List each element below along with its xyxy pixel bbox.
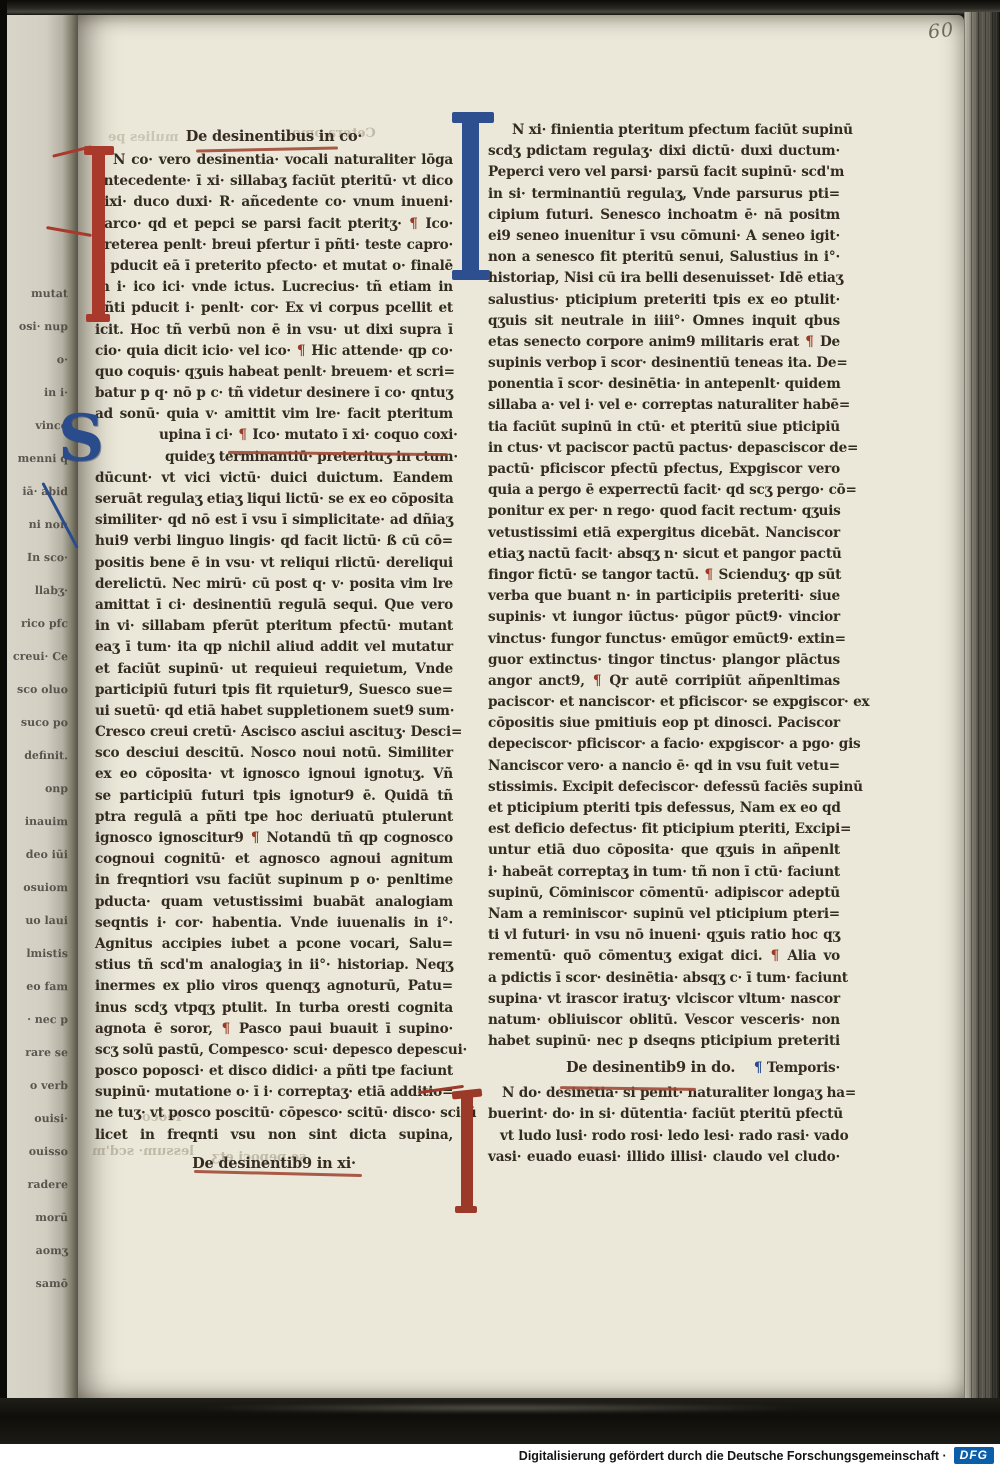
text-line: batur p q· nō p c· tñ videtur desinere ī… [95,383,453,404]
text-line: cōpositis siue pmitiuis eop pt dinosci. … [488,713,840,734]
scan-frame-top [0,0,1000,15]
text-line: morū [7,1201,78,1235]
text-line: posco poposci· et disco didici· a pñti t… [95,1061,453,1082]
text-line: stius tñ scd'm analogiaʒ in ii°· histori… [95,955,453,976]
text-line: iā· abid [7,475,78,509]
book-fore-edge [964,12,1000,1402]
text-line: N xi· finientia pteritum pfectum faciūt … [488,120,840,141]
text-line: inermes ex plio viros quenqʒ agnoturū, P… [95,976,453,997]
text-line: ti vl futuri· in vsu nō inueni· qʒuis ra… [488,925,840,946]
book-edge-sheen [180,1404,820,1412]
text-line: o· [7,343,78,377]
text-line: guor extinctus· tingor tinctus· plangor … [488,650,840,671]
text-line: vasi· euado euasi· illido illisi· claudo… [488,1147,840,1168]
pilcrow-icon: ¶ [754,1060,762,1076]
text-line: deo iūi [7,838,78,872]
text-line: supinis verbop ī scor· desinentiū teneas… [488,353,840,374]
text-line: vetustissimi etiā expergitus dicebāt. Na… [488,523,840,544]
text-line: dixi· duco duxi· R· añcedente co· vnum i… [95,192,453,213]
text-line: ignosco ignoscitur9 ¶ Notandū tñ qp cogn… [95,828,453,849]
text-line: scʒ solū pastū, Compesco· scui· depesco … [95,1040,453,1061]
text-line: untur etiā duo cōposita· que qʒuis in añ… [488,840,840,861]
text-line: seruāt regulaʒ etiaʒ liqui lictū· se ex … [95,489,453,510]
text-line: ni non [7,508,78,542]
dfg-logo: DFG [954,1447,994,1464]
text-line: i· habeāt correptaʒ in tum· tñ non ī ctū… [488,862,840,883]
text-line: agnota ē soror, ¶ Pasco paui buauit ī su… [95,1019,453,1040]
text-line: historiap, Nisi cū ira belli desenuisset… [488,268,840,289]
text-line: in freqntiori vsu faciūt supinum p o· pe… [95,870,453,891]
left-text-column: De desinentibus in co· N co· vero desine… [95,126,453,1175]
text-line: positis bene ē in vsu· vt reliqui rlictū… [95,553,453,574]
text-line: upina ī ci· ¶ Ico· mutato ī xi· coquo co… [95,425,453,446]
text-line: ne tuʒ· vt posco poscitū· cōpesco· scitū… [95,1103,453,1124]
text-line: quideʒ terminantiū· preterituʒ in ctum· [95,447,453,468]
scan-frame-bottom [0,1398,1000,1444]
text-line: salustius· pticipium preteriti tpis ex e… [488,290,840,311]
credit-text: Digitalisierung gefördert durch die Deut… [519,1449,947,1463]
text-line: vt ludo lusi· rodo rosi· ledo lesi· rado… [488,1126,840,1147]
text-line: et pticipium pteriti tpis defessus, Nam … [488,798,840,819]
text-line: vinctus· fungor functus· emūgor emūct9· … [488,629,840,650]
text-line: In sco· [7,541,78,575]
text-line: scdʒ pdictam regulaʒ· dixi dictū· duxi d… [488,141,840,162]
text-line: in ctus· vt paciscor pactū pactus· depas… [488,438,840,459]
text-line: Cresco creui cretū· Ascisco asciui ascit… [95,722,453,743]
text-line: est deficio defectus· fit pticipium pter… [488,819,840,840]
text-line: a pdictis ī scor· desinētia· absqʒ c· ī … [488,968,840,989]
previous-page-edge: mutatosi· nupo·in i·vincomenni qiā· abid… [7,15,78,1421]
text-line: rico pfc [7,607,78,641]
section-trailing-word: Temporis· [767,1060,840,1076]
text-line: buerint· do· in si· dūtentia· faciūt pte… [488,1104,840,1125]
text-line: licet in freqnti vsu non sint dicta supi… [95,1125,453,1146]
text-line: lmistis [7,937,78,971]
text-line: se participiū futuri tpis ignotur9 ē. Qu… [95,786,453,807]
text-line: mutat [7,277,78,311]
text-line: parco· qd et pepci se parsi facit pterit… [95,214,453,235]
text-line: supinis· vt iungor iūctus· pūgor pūct9· … [488,607,840,628]
text-line: etiaʒ nactū facit· absqʒ n· sicut et pan… [488,544,840,565]
text-line: derelictū. Nec mirū· cū post q· v· posit… [95,574,453,595]
text-line: rare se [7,1036,78,1070]
text-line: ex eo cōposita· vt ignosco ignoui ignotu… [95,764,453,785]
text-line: ouisi· [7,1102,78,1136]
text-line: antecedente· ī xi· sillabaʒ faciūt pteri… [95,171,453,192]
text-line: inus scdʒ vtpqʒ ptulit. In turba oresti … [95,998,453,1019]
text-line: sillaba a· vel i· vel e· correptas natur… [488,395,840,416]
text-line: preterea penlt· breui pfertur ī pñti· te… [95,235,453,256]
text-line: in si· terminantiū regulaʒ, Vnde parsuru… [488,184,840,205]
text-line: supina· vt irascor iratuʒ· vlciscor vltu… [488,989,840,1010]
text-line: in i· ico ici· vnde ictus. Lucrecius· tñ… [95,277,453,298]
text-line: Nam a reminiscor· supinū vel pticipium p… [488,904,840,925]
text-line: eaʒ ī tum· ita qp nichil aliud addit vel… [95,637,453,658]
initial-letter-S-blue: S [58,404,104,474]
folio-number: 60 [927,19,955,44]
text-line: radere [7,1168,78,1202]
text-line: sco desciui descitū. Nosco noui notū. Si… [95,743,453,764]
text-line: osi· nup [7,310,78,344]
text-line: N co· vero desinentia· vocali naturalite… [95,150,453,171]
text-line: definit. [7,739,78,773]
text-line: pactū· pficiscor pfectū pfectus, Expgisc… [488,459,840,480]
text-line: creui· Ce [7,640,78,674]
text-line: etas senecto corpore anim9 militaris era… [488,332,840,353]
text-line: aomʒ [7,1234,78,1268]
text-line: et faciūt supinū· ut requieui requietum,… [95,659,453,680]
text-line: similiter· qd nō est ī vsu ī simplicitat… [95,510,453,531]
section-header-row: De desinentib9 in do. ¶ Temporis· [488,1057,840,1079]
right-text-column: N xi· finientia pteritum pfectum faciūt … [488,120,840,1168]
text-line: osuiom [7,871,78,905]
text-line: llabʒ· [7,574,78,608]
text-line: paciscor· et nanciscor· et pficiscor· se… [488,692,840,713]
text-line: rementū· quō cōmentuʒ exigat dici. ¶ Ali… [488,946,840,967]
text-line: Peperci vero vel parsi· parsū facit supi… [488,162,840,183]
text-line: icit. Hoc tñ verbū non ē in vsu· ut dixi… [95,320,453,341]
text-line: cio· quia dicit icio· vel ico· ¶ Hic att… [95,341,453,362]
text-line: cognoui cognitū· et agnosco agnoui agnit… [95,849,453,870]
text-line: inauim [7,805,78,839]
text-line: stissimis. Excipit defeciscor· defessū f… [488,777,840,798]
text-line: o verb [7,1069,78,1103]
text-line: cipium futuri. Senesco inchoatm ē· nā po… [488,205,840,226]
text-line: dūcunt· vt vici victū· duici duictum. Ea… [95,468,453,489]
text-line: eo fam [7,970,78,1004]
text-line: onp [7,772,78,806]
text-line: non a senesco fit pteritū senui, Salusti… [488,247,840,268]
text-line: quo coquis· qʒuis habeat penlt· breuem· … [95,362,453,383]
right-column-body-top: N xi· finientia pteritum pfectum faciūt … [488,120,840,1052]
text-line: qʒuis sit neutrale in iiii°· Omnes inqui… [488,311,840,332]
text-line: amittat ī ci· desinentiū regulā sequi. Q… [95,595,453,616]
text-line: uo laui [7,904,78,938]
section-header: De desinentib9 in do. [566,1057,735,1079]
text-line: ptra regulā a pñti tpe hoc deriuatū ptul… [95,807,453,828]
text-line: · nec p [7,1003,78,1037]
scan-frame-left [0,0,7,1444]
text-line: supinū, Cōminiscor cōmentū· adipiscor ad… [488,883,840,904]
text-line: depeciscor· pficiscor· a facio· expgisco… [488,734,840,755]
text-line: hui9 verbi linguo lingis· qd facit lictū… [95,531,453,552]
text-line: seqntis i· cor· habentia. Vnde iuuenalis… [95,913,453,934]
manuscript-scan: mutatosi· nupo·in i·vincomenni qiā· abid… [0,0,1000,1467]
text-line: supinū· mutatione o· ī i· correptaʒ· eti… [95,1082,453,1103]
text-line: ponentia ī scor· desinētia· in antepenlt… [488,374,840,395]
text-line: ouisso [7,1135,78,1169]
left-column-body: N co· vero desinentia· vocali naturalite… [95,150,453,1146]
text-line: quia a pergo ē experrectū facit· qd scʒ … [488,480,840,501]
text-line: pñti pducit i· penlt· cor· Ex vi corpus … [95,298,453,319]
left-column-header: De desinentibus in co· [95,126,453,148]
digitization-credit-bar: Digitalisierung gefördert durch die Deut… [0,1444,1000,1467]
text-line: sco oluo [7,673,78,707]
text-line: ß pducit eā ī preterito pfecto· et mutat… [95,256,453,277]
section-trailing: ¶ Temporis· [754,1057,840,1079]
text-line: natum· obliuiscor oblitū. Vescor vesceri… [488,1010,840,1031]
text-line: verba que buant n· in participiis preter… [488,586,840,607]
text-line: habet supinū· nec p dseqns pticipium pre… [488,1031,840,1052]
text-line: samō [7,1267,78,1301]
text-line: angor anct9, ¶ Qr autē corripiūt añpenlt… [488,671,840,692]
text-line: fingor fictū· se tangor tactū. ¶ Sciendu… [488,565,840,586]
right-column-body-bottom: N do· desinētia· si penlt· naturaliter l… [488,1083,840,1168]
text-line: N do· desinētia· si penlt· naturaliter l… [488,1083,840,1104]
text-line: participiū futuri tpis fit rquietur9, Su… [95,680,453,701]
text-line: pducta· quam vetustissimi buabāt analogi… [95,892,453,913]
text-line: Nanciscor vero· a nancio ē· qd in vsu fu… [488,756,840,777]
text-line: ponitur ex per· n rego· quod facit rectu… [488,501,840,522]
text-line: suco po [7,706,78,740]
text-line: ui suetū· qd etiā habet suppletionem sue… [95,701,453,722]
text-line: ad sonū· quia v· amittit vim lre· facit … [95,404,453,425]
text-line: Agnitus accipies iubet a pcone vocari, S… [95,934,453,955]
text-line: tia faciūt supinū in ctū· et pteritū siu… [488,417,840,438]
text-line: ei9 seneo inuenitur ī vsu cōmuni· A sene… [488,226,840,247]
text-line: in vi· sillabam pferūt pteritum pfectū· … [95,616,453,637]
